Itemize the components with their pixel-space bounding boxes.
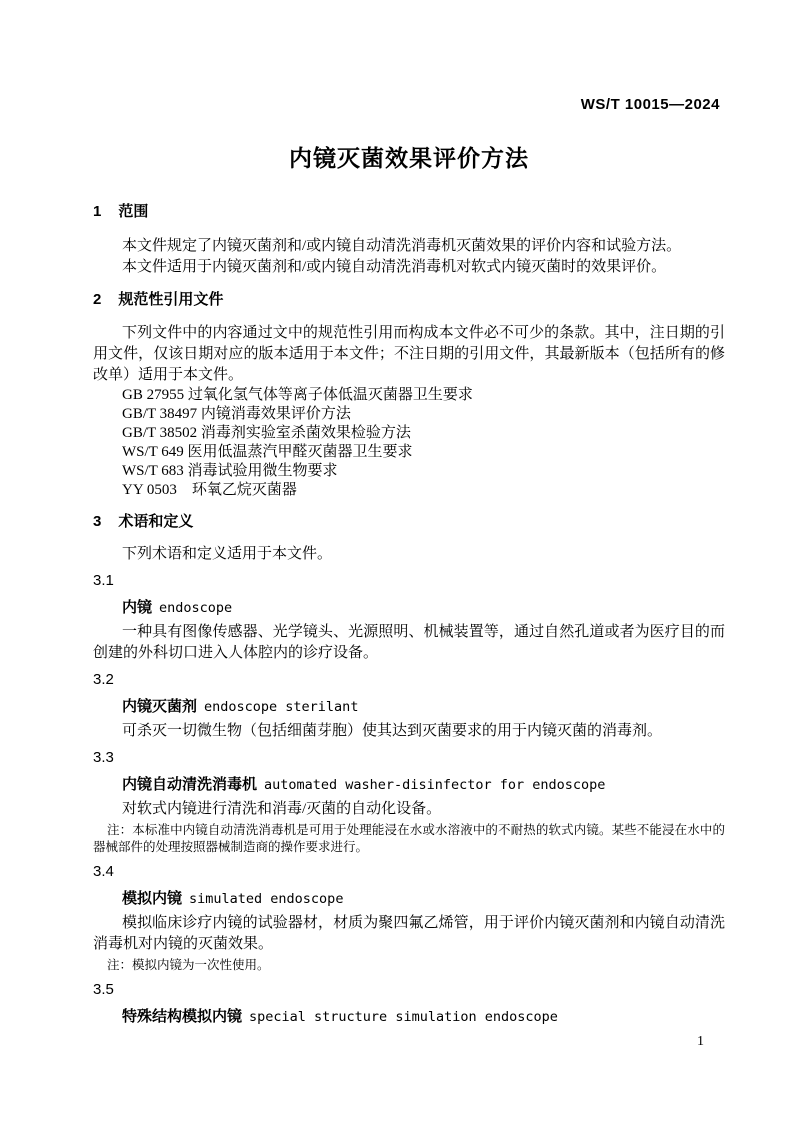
scope-paragraph-2: 本文件适用于内镜灭菌剂和/或内镜自动清洗消毒机对软式内镜灭菌时的效果评价。 bbox=[93, 257, 725, 278]
clause-number: 2 bbox=[93, 291, 101, 308]
clause-title: 术语和定义 bbox=[118, 513, 193, 530]
page-number: 1 bbox=[697, 1034, 704, 1050]
term-number: 3.4 bbox=[93, 864, 725, 880]
clause-title: 规范性引用文件 bbox=[118, 291, 223, 308]
term-entry-3-1: 3.1 内镜endoscope 一种具有图像传感器、光学镜头、光源照明、机械装置… bbox=[93, 573, 725, 664]
reference-item: WS/T 649 医用低温蒸汽甲醛灭菌器卫生要求 bbox=[93, 443, 725, 462]
document-content: WS/T 10015—2024 内镜灭菌效果评价方法 1范围 本文件规定了内镜灭… bbox=[93, 0, 725, 1027]
term-en: endoscope sterilant bbox=[204, 699, 358, 715]
term-definition: 一种具有图像传感器、光学镜头、光源照明、机械装置等，通过自然孔道或者为医疗目的而… bbox=[93, 622, 725, 664]
term-title: 特殊结构模拟内镜special structure simulation end… bbox=[93, 1007, 725, 1027]
section-normative-references: 2规范性引用文件 下列文件中的内容通过文中的规范性引用而构成本文件必不可少的条款… bbox=[93, 292, 725, 500]
term-zh: 内镜 bbox=[122, 599, 152, 616]
scope-paragraph-1: 本文件规定了内镜灭菌剂和/或内镜自动清洗消毒机灭菌效果的评价内容和试验方法。 bbox=[93, 236, 725, 257]
clause-number: 1 bbox=[93, 203, 101, 220]
reference-item: GB/T 38497 内镜消毒效果评价方法 bbox=[93, 405, 725, 424]
reference-item: WS/T 683 消毒试验用微生物要求 bbox=[93, 462, 725, 481]
term-definition: 模拟临床诊疗内镜的试验器材，材质为聚四氟乙烯管，用于评价内镜灭菌剂和内镜自动清洗… bbox=[93, 913, 725, 955]
reference-list: GB 27955 过氧化氢气体等离子体低温灭菌器卫生要求 GB/T 38497 … bbox=[93, 386, 725, 500]
reference-item: GB 27955 过氧化氢气体等离子体低温灭菌器卫生要求 bbox=[93, 386, 725, 405]
section-scope: 1范围 本文件规定了内镜灭菌剂和/或内镜自动清洗消毒机灭菌效果的评价内容和试验方… bbox=[93, 204, 725, 278]
clause-number: 3 bbox=[93, 513, 101, 530]
document-page: WS/T 10015—2024 内镜灭菌效果评价方法 1范围 本文件规定了内镜灭… bbox=[0, 0, 793, 1122]
reference-item: GB/T 38502 消毒剂实验室杀菌效果检验方法 bbox=[93, 424, 725, 443]
term-definition: 对软式内镜进行清洗和消毒/灭菌的自动化设备。 bbox=[93, 799, 725, 820]
term-en: simulated endoscope bbox=[189, 891, 343, 907]
term-number: 3.5 bbox=[93, 982, 725, 998]
reference-item: YY 0503 环氧乙烷灭菌器 bbox=[93, 481, 725, 500]
references-intro-paragraph: 下列文件中的内容通过文中的规范性引用而构成本文件必不可少的条款。其中，注日期的引… bbox=[93, 323, 725, 386]
term-title: 模拟内镜simulated endoscope bbox=[93, 889, 725, 909]
term-note: 注：本标准中内镜自动清洗消毒机是可用于处理能浸在水或水溶液中的不耐热的软式内镜。… bbox=[93, 822, 725, 856]
term-entry-3-5: 3.5 特殊结构模拟内镜special structure simulation… bbox=[93, 982, 725, 1027]
term-en: automated washer-disinfector for endosco… bbox=[264, 777, 605, 793]
term-zh: 模拟内镜 bbox=[122, 890, 182, 907]
term-note: 注：模拟内镜为一次性使用。 bbox=[93, 957, 725, 974]
term-definition: 可杀灭一切微生物（包括细菌芽胞）使其达到灭菌要求的用于内镜灭菌的消毒剂。 bbox=[93, 721, 725, 742]
term-number: 3.1 bbox=[93, 573, 725, 589]
term-entry-3-3: 3.3 内镜自动清洗消毒机automated washer-disinfecto… bbox=[93, 750, 725, 856]
term-en: endoscope bbox=[159, 600, 232, 616]
term-zh: 内镜灭菌剂 bbox=[122, 698, 197, 715]
clause-title: 范围 bbox=[118, 203, 148, 220]
term-number: 3.3 bbox=[93, 750, 725, 766]
term-title: 内镜灭菌剂endoscope sterilant bbox=[93, 697, 725, 717]
clause-heading-2: 2规范性引用文件 bbox=[93, 292, 725, 308]
term-number: 3.2 bbox=[93, 672, 725, 688]
term-title: 内镜自动清洗消毒机automated washer-disinfector fo… bbox=[93, 775, 725, 795]
section-terms-definitions: 3术语和定义 下列术语和定义适用于本文件。 3.1 内镜endoscope 一种… bbox=[93, 514, 725, 1027]
term-zh: 内镜自动清洗消毒机 bbox=[122, 776, 257, 793]
term-entry-3-4: 3.4 模拟内镜simulated endoscope 模拟临床诊疗内镜的试验器… bbox=[93, 864, 725, 974]
term-en: special structure simulation endoscope bbox=[249, 1009, 558, 1025]
standard-number-header: WS/T 10015—2024 bbox=[93, 0, 725, 113]
clause-heading-3: 3术语和定义 bbox=[93, 514, 725, 530]
term-zh: 特殊结构模拟内镜 bbox=[122, 1008, 242, 1025]
term-entry-3-2: 3.2 内镜灭菌剂endoscope sterilant 可杀灭一切微生物（包括… bbox=[93, 672, 725, 742]
clause-heading-1: 1范围 bbox=[93, 204, 725, 220]
document-title: 内镜灭菌效果评价方法 bbox=[93, 142, 725, 174]
term-title: 内镜endoscope bbox=[93, 598, 725, 618]
terms-intro-paragraph: 下列术语和定义适用于本文件。 bbox=[93, 544, 725, 565]
